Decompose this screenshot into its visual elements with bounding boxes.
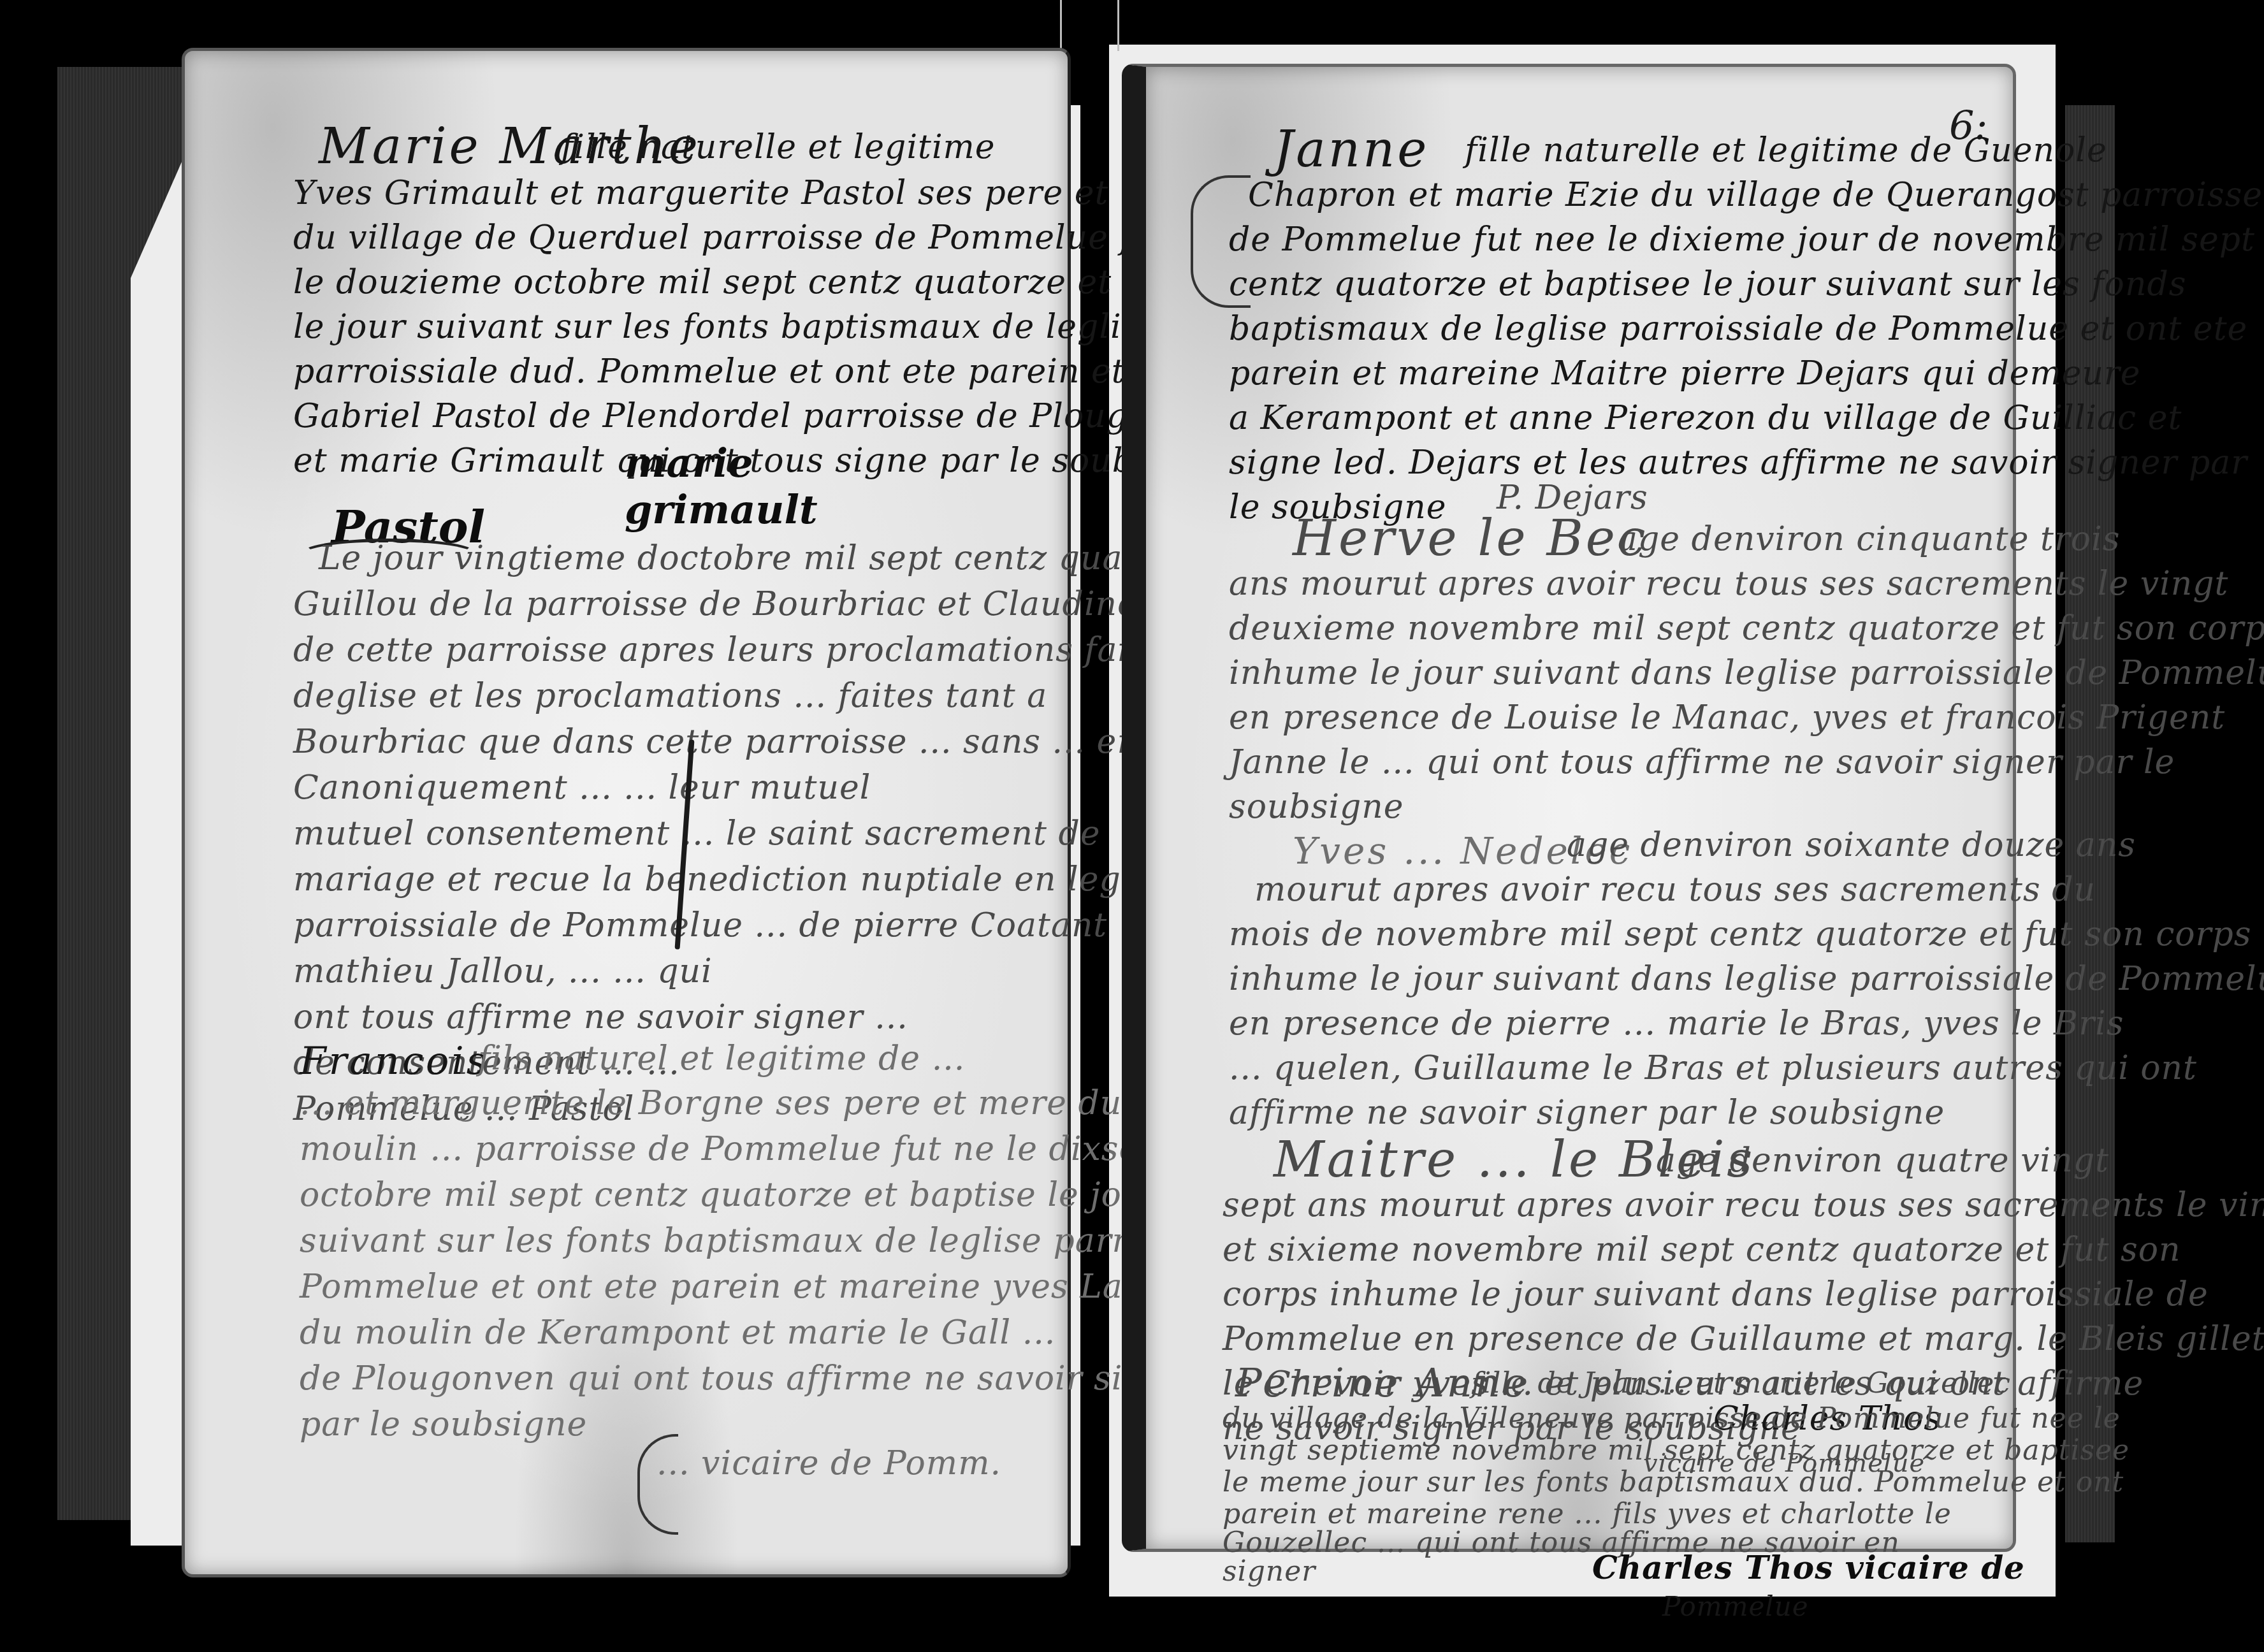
entry-line: deglise et les proclamations ... faites … — [293, 673, 1047, 719]
entry-line: de Pommelue fut nee le dixieme jour de n… — [1229, 217, 2255, 263]
entry-line: mariage et recue la benediction nuptiale… — [293, 857, 1181, 902]
entry-line: signe led. Dejars et les autres affirme … — [1229, 440, 2247, 486]
signature-bracket — [637, 1434, 678, 1535]
entry-line: moulin ... parroisse de Pommelue fut ne … — [300, 1126, 1259, 1172]
entry-line: Gabriel Pastol de Plendordel parroisse d… — [293, 393, 1232, 439]
entry-line: fille naturelle et legitime de Guenole — [1465, 127, 2107, 173]
entry-line: parroissiale de Pommelue ... de pierre C… — [293, 902, 1107, 948]
entry-line: fille naturelle et legitime — [561, 124, 996, 170]
entry-line: signer — [1223, 1549, 1316, 1595]
entry-line: centz quatorze et baptisee le jour suiva… — [1229, 261, 2186, 307]
entry-line: inhume le jour suivant dans leglise parr… — [1229, 956, 2264, 1002]
entry-line: Janne le ... qui ont tous affirme ne sav… — [1229, 739, 2175, 785]
entry-line: le douzieme octobre mil sept centz quato… — [293, 259, 1250, 305]
entry-line: parein et mareine Maitre pierre Dejars q… — [1229, 351, 2141, 396]
entry-line: ans mourut apres avoir recu tous ses sac… — [1229, 561, 2229, 607]
entry-line: du moulin de Kerampont et marie le Gall … — [300, 1310, 1056, 1356]
entry-line: baptismaux de leglise parroissiale de Po… — [1229, 306, 2247, 352]
entry-line: age denviron quatre vingt — [1656, 1138, 2109, 1184]
entry-line: fils naturel et legitime de ... — [478, 1036, 965, 1082]
entry-line: mutuel consentement ... le saint sacreme… — [293, 811, 1100, 857]
gutter-line — [1117, 0, 1119, 51]
entry-line: ... quelen, Guillaume le Bras et plusieu… — [1229, 1045, 2197, 1091]
entry-heading: Herve le Bec — [1293, 510, 1648, 567]
entry-line: de Plougonven qui ont tous affirme ne sa… — [300, 1356, 1203, 1402]
entry-line: Pommelue et ont ete parein et mareine yv… — [300, 1264, 1214, 1310]
entry-line: octobre mil sept centz quatorze et bapti… — [300, 1172, 1160, 1218]
entry-line: sept ans mourut apres avoir recu tous se… — [1223, 1182, 2264, 1228]
left-page: Marie Marthe fille naturelle et legitime… — [182, 48, 1071, 1577]
signature-marie-grimault: marie grimault — [625, 440, 818, 533]
entry-line: mourut apres avoir recu tous ses sacreme… — [1254, 867, 2096, 913]
entry-line: et sixieme novembre mil sept centz quato… — [1223, 1227, 2181, 1273]
entry-line: le jour suivant sur les fonts baptismaux… — [293, 304, 1159, 350]
entry-line: age denviron soixante douze ans — [1567, 822, 2136, 868]
entry-line: age denviron cinquante trois — [1618, 516, 2120, 562]
entry-line: Yves Grimault et marguerite Pastol ses p… — [293, 170, 1209, 216]
entry-line: par le soubsigne — [300, 1402, 587, 1447]
entry-line: affirme ne savoir signer par le soubsign… — [1229, 1090, 1945, 1136]
signature-title: Pommelue — [1662, 1584, 1809, 1630]
entry-line: du village de Querduel parroisse de Pomm… — [293, 215, 1242, 261]
entry-line: corps inhume le jour suivant dans leglis… — [1223, 1272, 2209, 1317]
entry-line: mois de novembre mil sept centz quatorze… — [1229, 911, 2251, 957]
entry-line: ... et marguerite le Borgne ses pere et … — [300, 1080, 1122, 1126]
entry-line: mathieu Jallou, ... ... qui — [293, 948, 713, 994]
signature-vicaire: ... vicaire de Pomm. — [657, 1440, 1001, 1486]
entry-line: a Kerampont et anne Pierezon du village … — [1229, 395, 2182, 441]
entry-line: deuxieme novembre mil sept centz quatorz… — [1229, 605, 2264, 651]
entry-heading: Janne — [1273, 121, 1429, 178]
entry-line: en presence de pierre ... marie le Bras,… — [1229, 1001, 2124, 1047]
entry-line: Chapron et marie Ezie du village de Quer… — [1248, 172, 2263, 218]
margin-bracket — [1191, 175, 1251, 308]
entry-line: Canoniquement ... ... leur mutuel — [293, 765, 871, 811]
entry-line: inhume le jour suivant dans leglise parr… — [1229, 650, 2264, 696]
signature-charles-thos: Charles Thos vicaire de — [1592, 1549, 2025, 1586]
right-page: 6: Janne fille naturelle et legitime de … — [1122, 64, 2016, 1552]
entry-line: en presence de Louise le Manac, yves et … — [1229, 695, 2225, 741]
